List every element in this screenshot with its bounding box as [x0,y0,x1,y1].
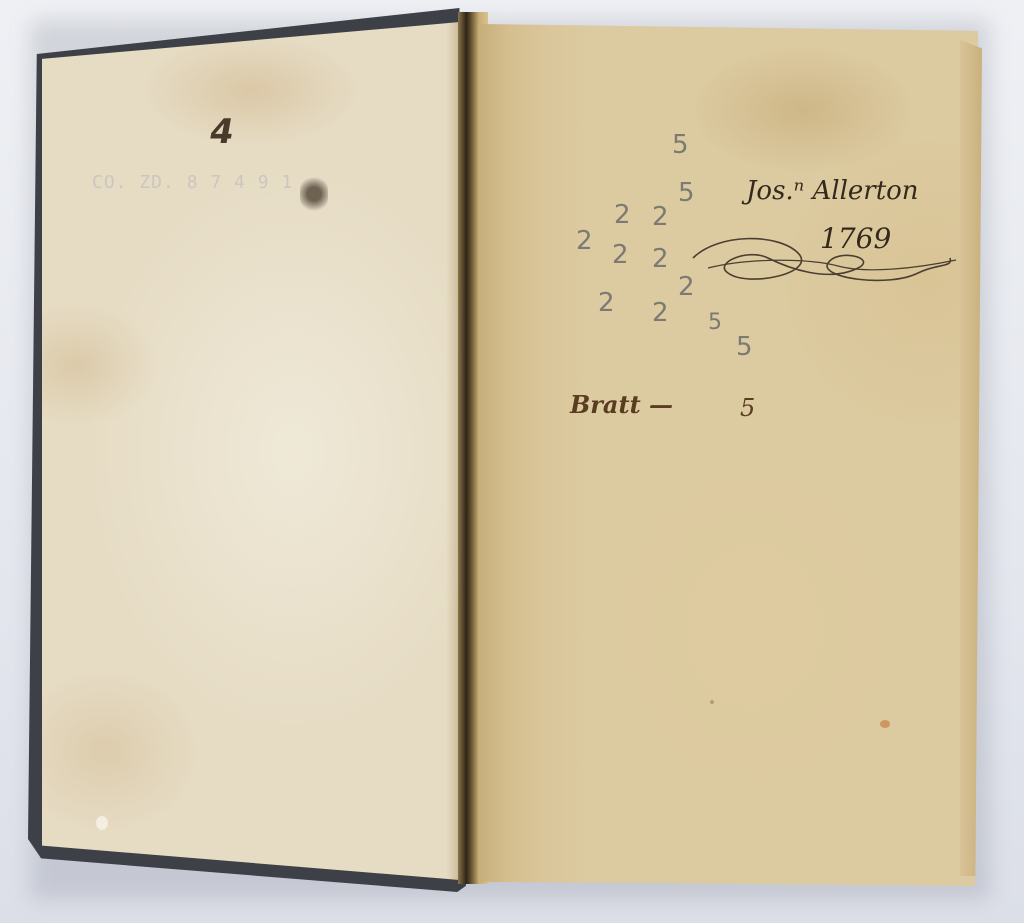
price-note: Bratt — [570,390,673,419]
pencil-mark: 5 [672,130,689,160]
pencil-mark: 2 [652,298,669,328]
photo-scene: 4 CO. ZD. 8 7 4 9 1 Jos.ⁿ Allerton 1769 … [0,0,1024,923]
pencil-mark: 5 [708,310,722,335]
pencil-mark: 2 [598,288,615,318]
foxing-spot [880,720,890,728]
paper-flake [96,816,108,830]
pencil-mark: 2 [652,244,669,274]
pencil-mark: 5 [736,332,753,362]
price-value: 5 [740,394,755,422]
flyleaf-page [478,24,978,886]
pencil-mark: 2 [576,226,593,256]
pencil-mark: 2 [614,200,631,230]
owner-inscription: Jos.ⁿ Allerton [746,176,919,206]
flourish-decoration [688,228,958,298]
front-pastedown-page [42,22,460,880]
pencil-mark: 2 [652,202,669,232]
stain-mark [300,176,328,212]
pencil-mark: 5 [678,178,695,208]
foxing-spot [710,700,714,704]
pencil-mark: 2 [678,272,695,302]
faded-stamp: CO. ZD. 8 7 4 9 1 [92,172,293,193]
pencil-mark: 2 [612,240,629,270]
